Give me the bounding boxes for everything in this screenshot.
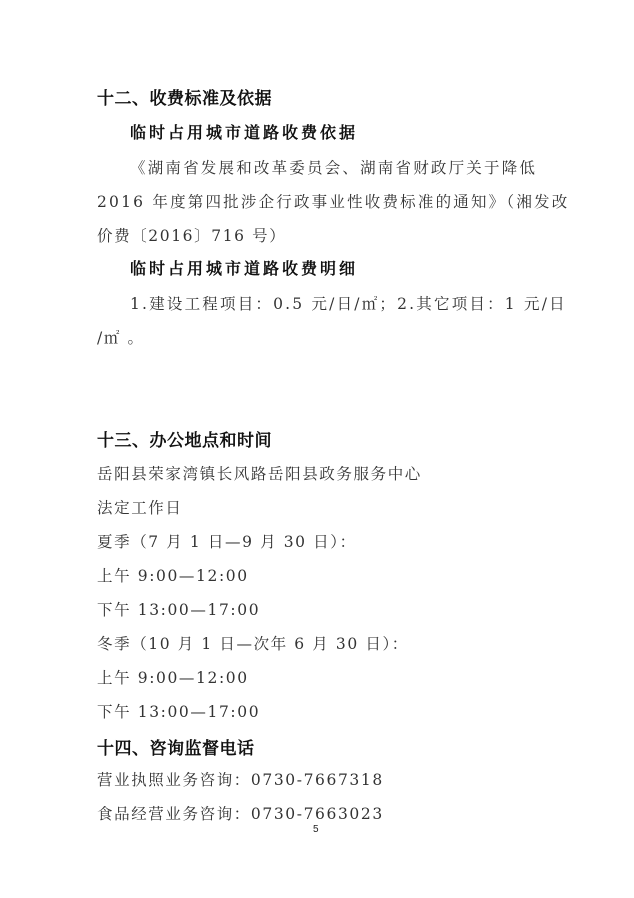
paragraph-line: /㎡ 。 <box>97 326 145 348</box>
schedule-line: 法定工作日 <box>97 496 183 518</box>
phone-line: 食品经营业务咨询：0730-7663023 <box>97 802 384 824</box>
section-heading-12: 十二、收费标准及依据 <box>97 84 272 109</box>
schedule-line: 上午 9:00—12:00 <box>97 564 249 586</box>
paragraph-line: 2016 年度第四批涉企行政事业性收费标准的通知》（湘发改 <box>97 190 569 212</box>
section-heading-13: 十三、办公地点和时间 <box>97 426 272 451</box>
schedule-line: 夏季（7 月 1 日—9 月 30 日）： <box>97 530 357 552</box>
subsection-title-basis: 临时占用城市道路收费依据 <box>130 120 358 143</box>
paragraph-line: 1.建设工程项目：0.5 元/日/㎡；2.其它项目：1 元/日 <box>130 292 567 314</box>
subsection-title-details: 临时占用城市道路收费明细 <box>130 256 358 279</box>
page-number: 5 <box>313 824 319 835</box>
schedule-line: 下午 13:00—17:00 <box>97 700 260 722</box>
phone-line: 营业执照业务咨询：0730-7667318 <box>97 768 384 790</box>
paragraph-line: 《湖南省发展和改革委员会、湖南省财政厅关于降低 <box>130 156 537 178</box>
paragraph-line: 价费〔2016〕716 号） <box>97 224 286 246</box>
schedule-line: 上午 9:00—12:00 <box>97 666 249 688</box>
schedule-line: 下午 13:00—17:00 <box>97 598 260 620</box>
office-address: 岳阳县荣家湾镇长风路岳阳县政务服务中心 <box>97 462 422 484</box>
section-heading-14: 十四、咨询监督电话 <box>97 734 255 759</box>
schedule-line: 冬季（10 月 1 日—次年 6 月 30 日）： <box>97 632 409 654</box>
